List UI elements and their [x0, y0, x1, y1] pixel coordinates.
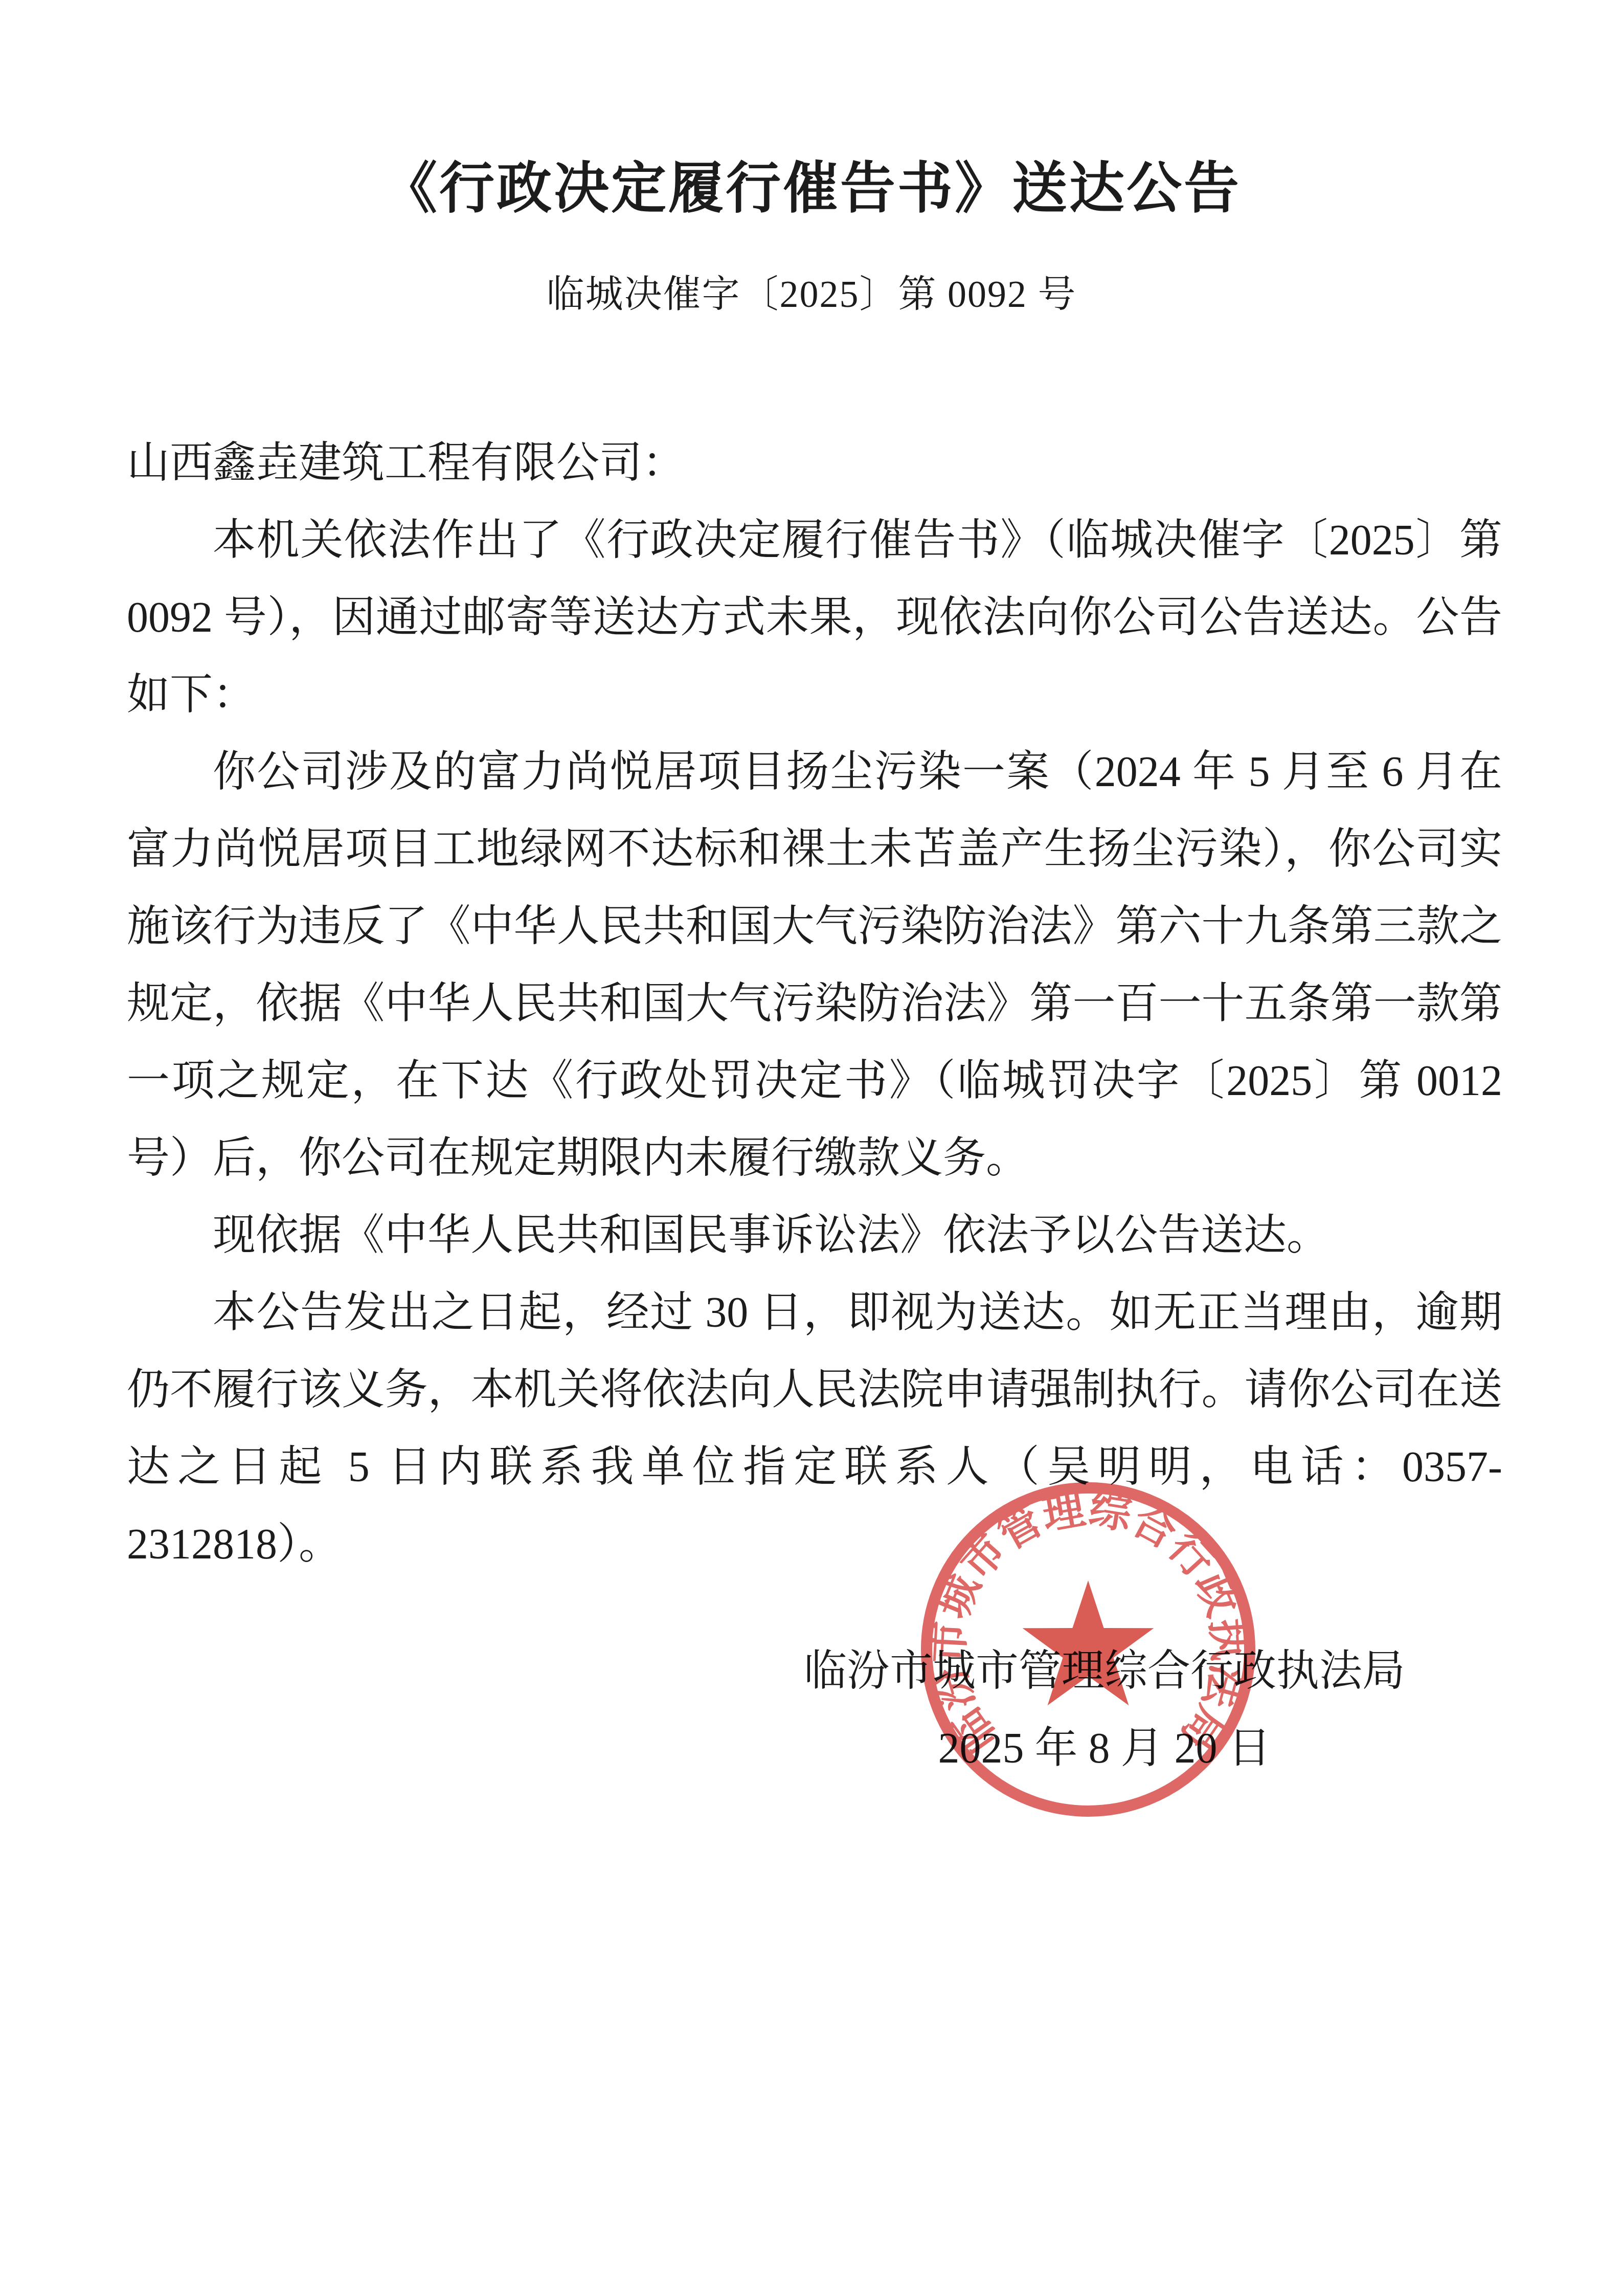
document-body: 山西鑫垚建筑工程有限公司： 本机关依法作出了《行政决定履行催告书》（临城决催字〔…	[127, 425, 1502, 1583]
paragraph-legal-basis: 现依据《中华人民共和国民事诉讼法》依法予以公告送达。	[127, 1197, 1502, 1274]
paragraph-deadline-contact: 本公告发出之日起，经过 30 日，即视为送达。如无正当理由，逾期仍不履行该义务，…	[127, 1274, 1502, 1583]
paragraph-case-details: 你公司涉及的富力尚悦居项目扬尘污染一案（2024 年 5 月至 6 月在富力尚悦…	[127, 733, 1502, 1197]
paragraph-issuance: 本机关依法作出了《行政决定履行催告书》（临城决催字〔2025〕第 0092 号）…	[127, 502, 1502, 733]
issuing-agency: 临汾市城市管理综合行政执法局	[731, 1633, 1478, 1710]
addressee-line: 山西鑫垚建筑工程有限公司：	[127, 425, 1502, 502]
page-title: 《行政决定履行催告书》送达公告	[0, 153, 1623, 225]
notice-document-page: 《行政决定履行催告书》送达公告 临城决催字〔2025〕第 0092 号 山西鑫垚…	[0, 0, 1623, 2296]
document-number: 临城决催字〔2025〕第 0092 号	[0, 270, 1623, 319]
signature-block: 临汾市城市管理综合行政执法局 2025 年 8 月 20 日	[731, 1633, 1478, 1787]
issue-date: 2025 年 8 月 20 日	[731, 1710, 1478, 1787]
